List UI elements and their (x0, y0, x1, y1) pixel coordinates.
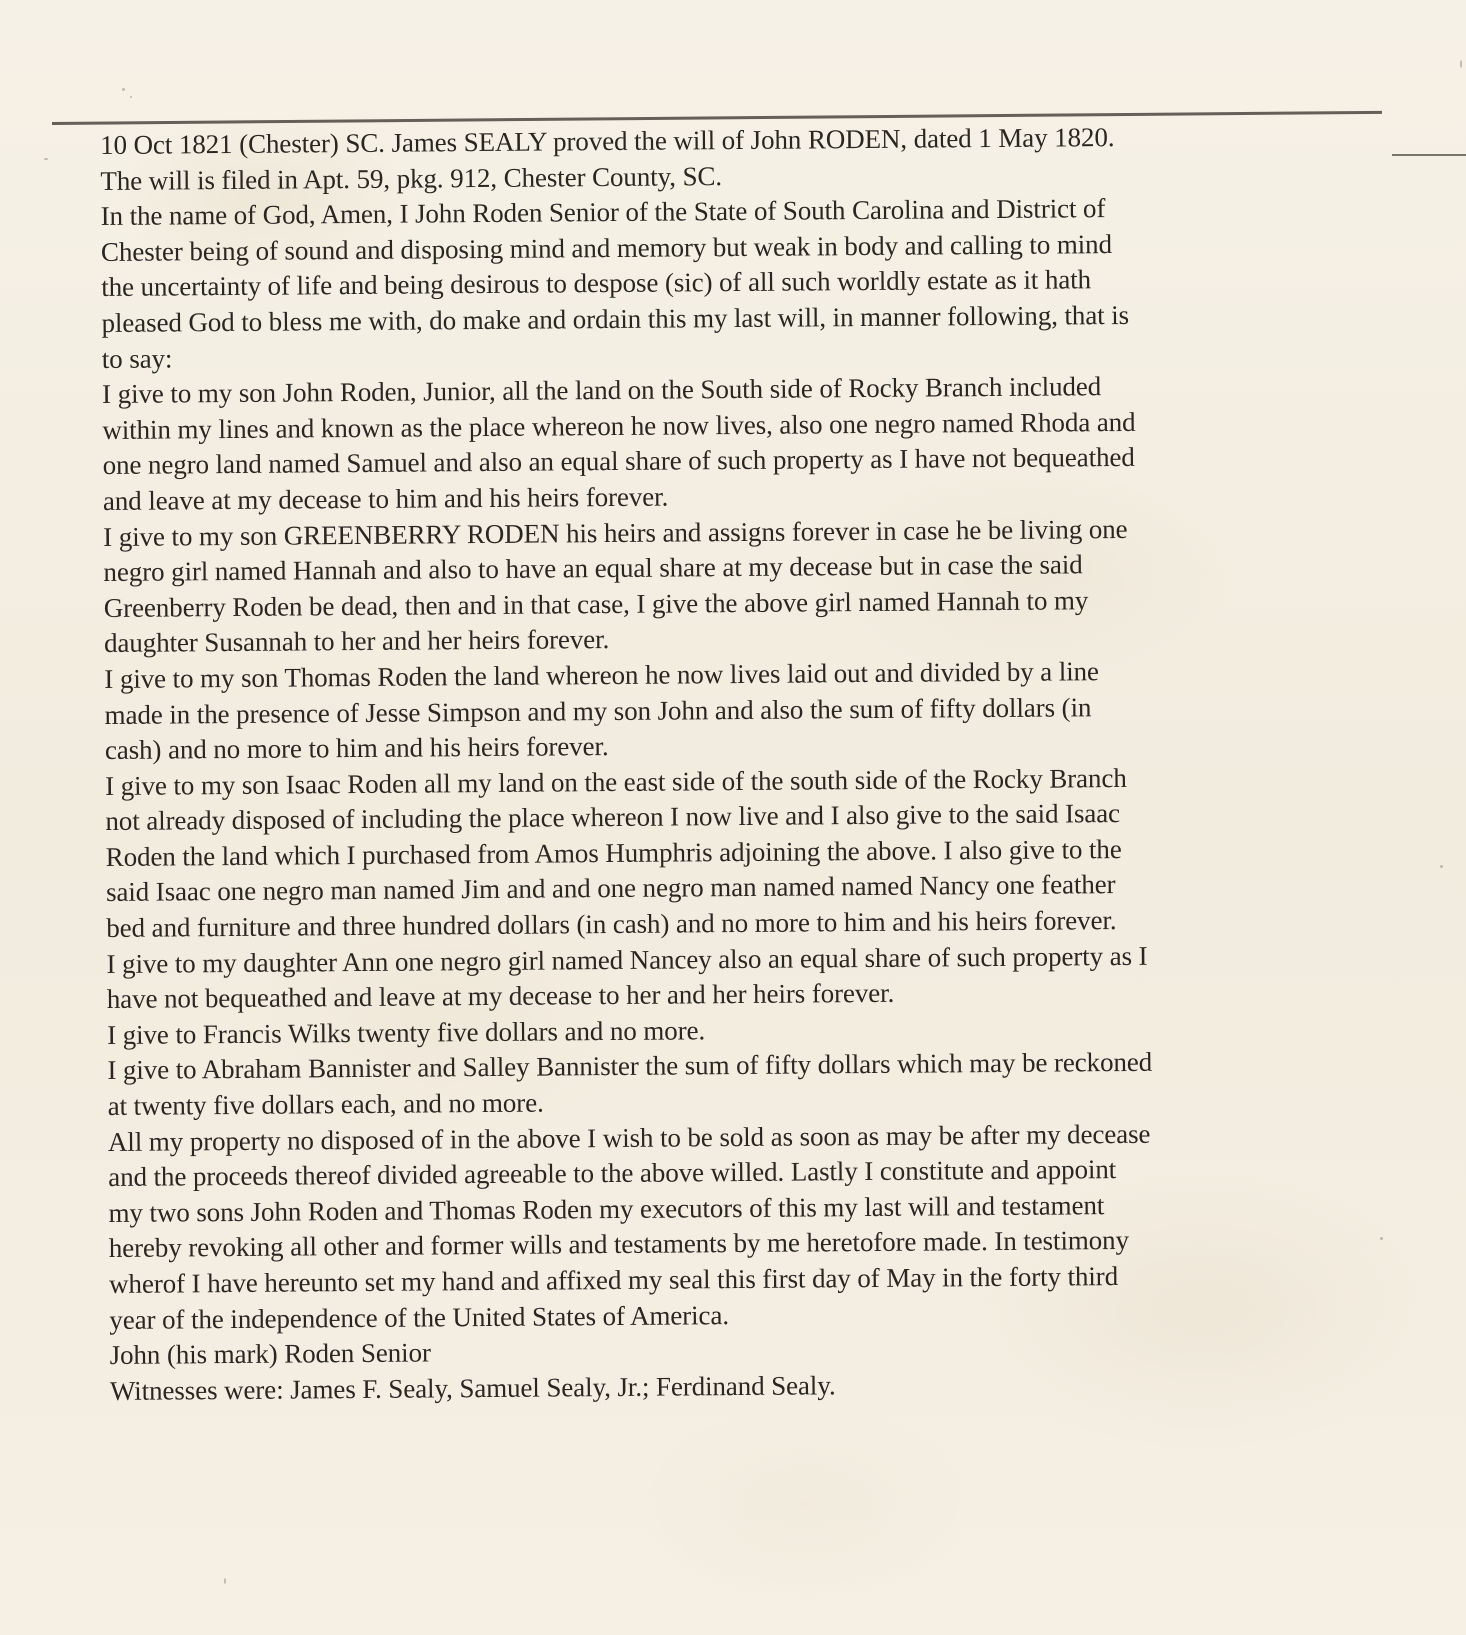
will-transcript: 10 Oct 1821 (Chester) SC. James SEALY pr… (100, 118, 1420, 1410)
